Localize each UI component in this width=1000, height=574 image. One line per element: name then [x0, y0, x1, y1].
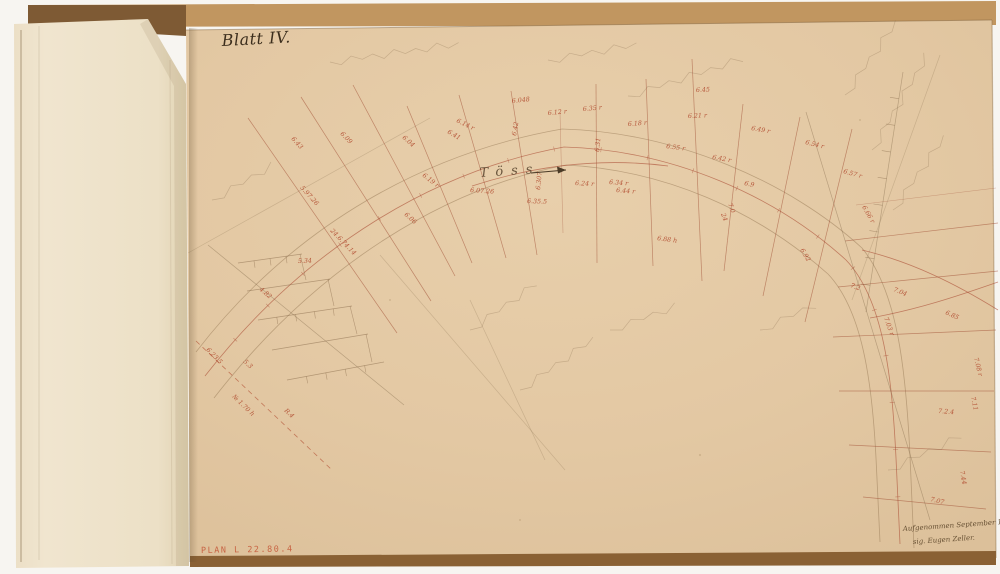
measurement-label: 5.34 — [298, 258, 312, 265]
measurement-label: 6.24 r — [575, 180, 595, 188]
measurement-label: 6.45 — [696, 87, 710, 94]
sheet-title: Blatt IV. — [220, 27, 291, 50]
archive-stamp: PLAN L 22.80.4 — [201, 544, 294, 556]
measurement-label: 6.18 r — [628, 120, 648, 128]
measurement-label: 7.2.4 — [938, 408, 954, 416]
measurement-label: 6.35.5 — [527, 198, 547, 206]
measurement-label: 6.31 — [594, 138, 602, 153]
plan-canvas: 6.436.095.97.266.0424.6.74.146.066.19 r6… — [0, 0, 1000, 574]
fold-shadow — [189, 28, 198, 562]
measurement-label: 6.34 r — [609, 179, 629, 187]
cover-folio — [14, 19, 189, 568]
plan-sheet — [186, 20, 996, 560]
measurement-label: 6.21 r — [688, 112, 708, 120]
scanned-survey-plan: 6.436.095.97.266.0424.6.74.146.066.19 r6… — [0, 0, 1000, 574]
